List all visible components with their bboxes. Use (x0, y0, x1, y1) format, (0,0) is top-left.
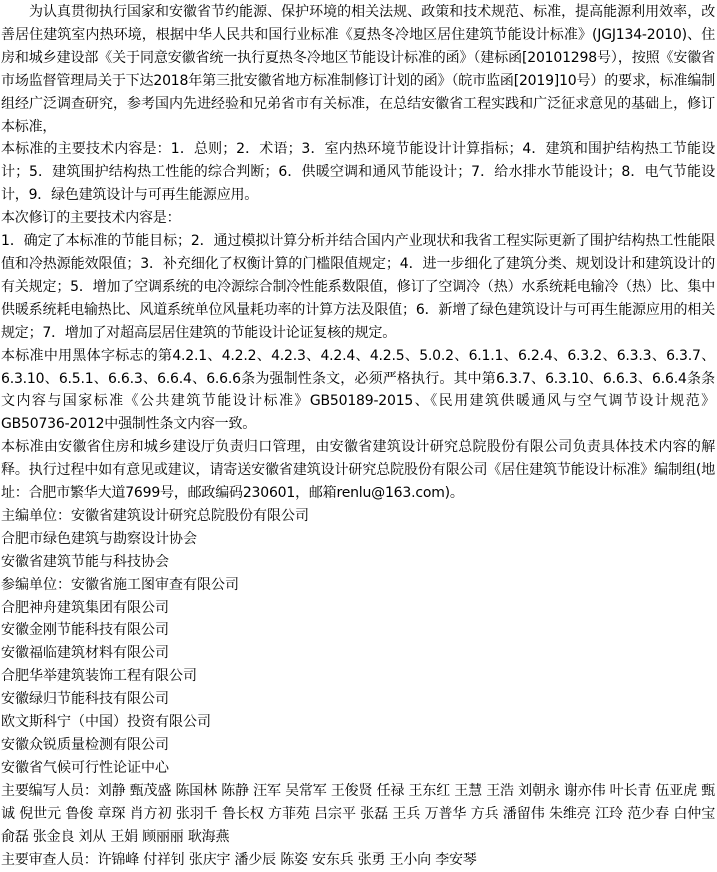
document-body: 为认真贯彻执行国家和安徽省节约能源、保护环境的相关法规、政策和技术规范、标准，提… (0, 0, 717, 871)
participating-unit: 安徽金刚节能科技有限公司 (1, 619, 715, 642)
chief-editor-unit: 安徽省建筑节能与科技协会 (1, 551, 715, 574)
main-reviewers: 主要审查人员：许锦峰 付祥钊 张庆宇 潘少辰 陈姿 安东兵 张勇 王小向 李安琴 (1, 849, 715, 872)
management-paragraph: 本标准由安徽省住房和城乡建设厅负责归口管理，由安徽省建筑设计研究总院股份有限公司… (1, 436, 715, 505)
intro-paragraph: 为认真贯彻执行国家和安徽省节约能源、保护环境的相关法规、政策和技术规范、标准，提… (1, 1, 715, 138)
participating-units: 参编单位：安徽省施工图审查有限公司 合肥神舟建筑集团有限公司 安徽金刚节能科技有… (1, 574, 715, 780)
main-contents-paragraph: 本标准的主要技术内容是：1．总则；2．术语；3．室内热环境节能设计计算指标；4．… (1, 138, 715, 207)
participating-unit: 安徽福临建筑材料有限公司 (1, 642, 715, 665)
participating-unit: 合肥华举建筑装饰工程有限公司 (1, 665, 715, 688)
participating-unit: 安徽众锐质量检测有限公司 (1, 734, 715, 757)
revision-heading: 本次修订的主要技术内容是： (1, 207, 715, 230)
participating-unit: 安徽省气候可行性论证中心 (1, 757, 715, 780)
chief-editor-unit: 主编单位：安徽省建筑设计研究总院股份有限公司 (1, 505, 715, 528)
participating-unit: 欧文斯科宁（中国）投资有限公司 (1, 711, 715, 734)
chief-editor-unit: 合肥市绿色建筑与勘察设计协会 (1, 528, 715, 551)
participating-unit: 安徽绿归节能科技有限公司 (1, 688, 715, 711)
chief-editor-units: 主编单位：安徽省建筑设计研究总院股份有限公司 合肥市绿色建筑与勘察设计协会 安徽… (1, 505, 715, 574)
revision-contents-paragraph: 1．确定了本标准的节能目标；2．通过模拟计算分析并结合国内产业现状和我省工程实际… (1, 230, 715, 345)
main-drafters: 主要编写人员：刘静 甄茂盛 陈国林 陈静 汪军 吴常军 王俊贤 任禄 王东红 王… (1, 780, 715, 849)
participating-unit: 参编单位：安徽省施工图审查有限公司 (1, 574, 715, 597)
mandatory-clauses-paragraph: 本标准中用黑体字标志的第4.2.1、4.2.2、4.2.3、4.2.4、4.2.… (1, 345, 715, 437)
participating-unit: 合肥神舟建筑集团有限公司 (1, 597, 715, 620)
